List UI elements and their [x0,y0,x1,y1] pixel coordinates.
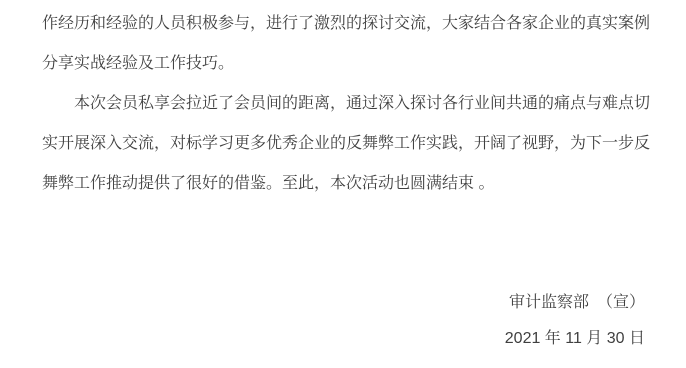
paragraph2-line2: 实开展深入交流，对标学习更多优秀企业的反舞弊工作实践，开阔了视野，为下一步反 [42,124,658,164]
signature-date: 2021 年 11 月 30 日 [505,321,645,357]
document-page: 作经历和经验的人员积极参与，进行了激烈的探讨交流，大家结合各家企业的真实案例 分… [0,0,686,368]
paragraph1-line1: 作经历和经验的人员积极参与，进行了激烈的探讨交流，大家结合各家企业的真实案例 [42,4,658,44]
article-body: 作经历和经验的人员积极参与，进行了激烈的探讨交流，大家结合各家企业的真实案例 分… [42,4,658,204]
signature-block: 审计监察部 （宣） 2021 年 11 月 30 日 [505,285,645,357]
paragraph2-line1: 本次会员私享会拉近了会员间的距离，通过深入探讨各行业间共通的痛点与难点切 [42,84,658,124]
signature-department: 审计监察部 （宣） [505,285,645,321]
paragraph2-line3: 舞弊工作推动提供了很好的借鉴。至此，本次活动也圆满结束 。 [42,164,658,204]
paragraph1-line2: 分享实战经验及工作技巧。 [42,44,658,84]
